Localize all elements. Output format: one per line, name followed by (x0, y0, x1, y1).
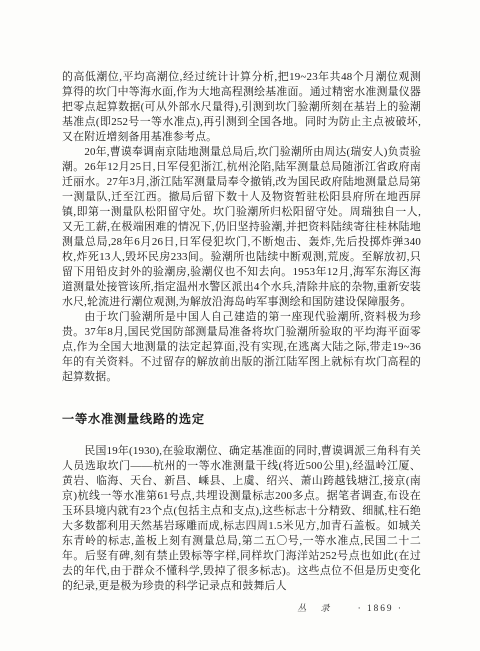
section-heading: 一等水准测量线路的选定 (62, 412, 421, 427)
text-column: 的高低潮位,平均高潮位,经过统计计算分析,把19~23年共48个月潮位观测算得的… (62, 70, 421, 594)
book-page: 的高低潮位,平均高潮位,经过统计计算分析,把19~23年共48个月潮位观测算得的… (0, 0, 480, 651)
paragraph-records: 由于坎门验潮所是中国人自己建造的第一座现代验潮所,资料极为珍贵。37年8月,国民… (62, 310, 421, 385)
footer-section-label: 丛 录 (297, 601, 335, 614)
paragraph-leveling-line: 民国19年(1930),在验取潮位、确定基准面的同时,曹谟调派三角科有关人员选取… (62, 444, 421, 594)
page-footer: 丛 录 · 1869 · (62, 601, 421, 614)
footer-page-number: · 1869 · (358, 604, 403, 614)
paragraph-history: 20年,曹谟奉调南京陆地测量总局后,坎门验潮所由周达(瑞安人)负责验潮。26年1… (62, 145, 421, 310)
paragraph-continuation: 的高低潮位,平均高潮位,经过统计计算分析,把19~23年共48个月潮位观测算得的… (62, 70, 421, 145)
